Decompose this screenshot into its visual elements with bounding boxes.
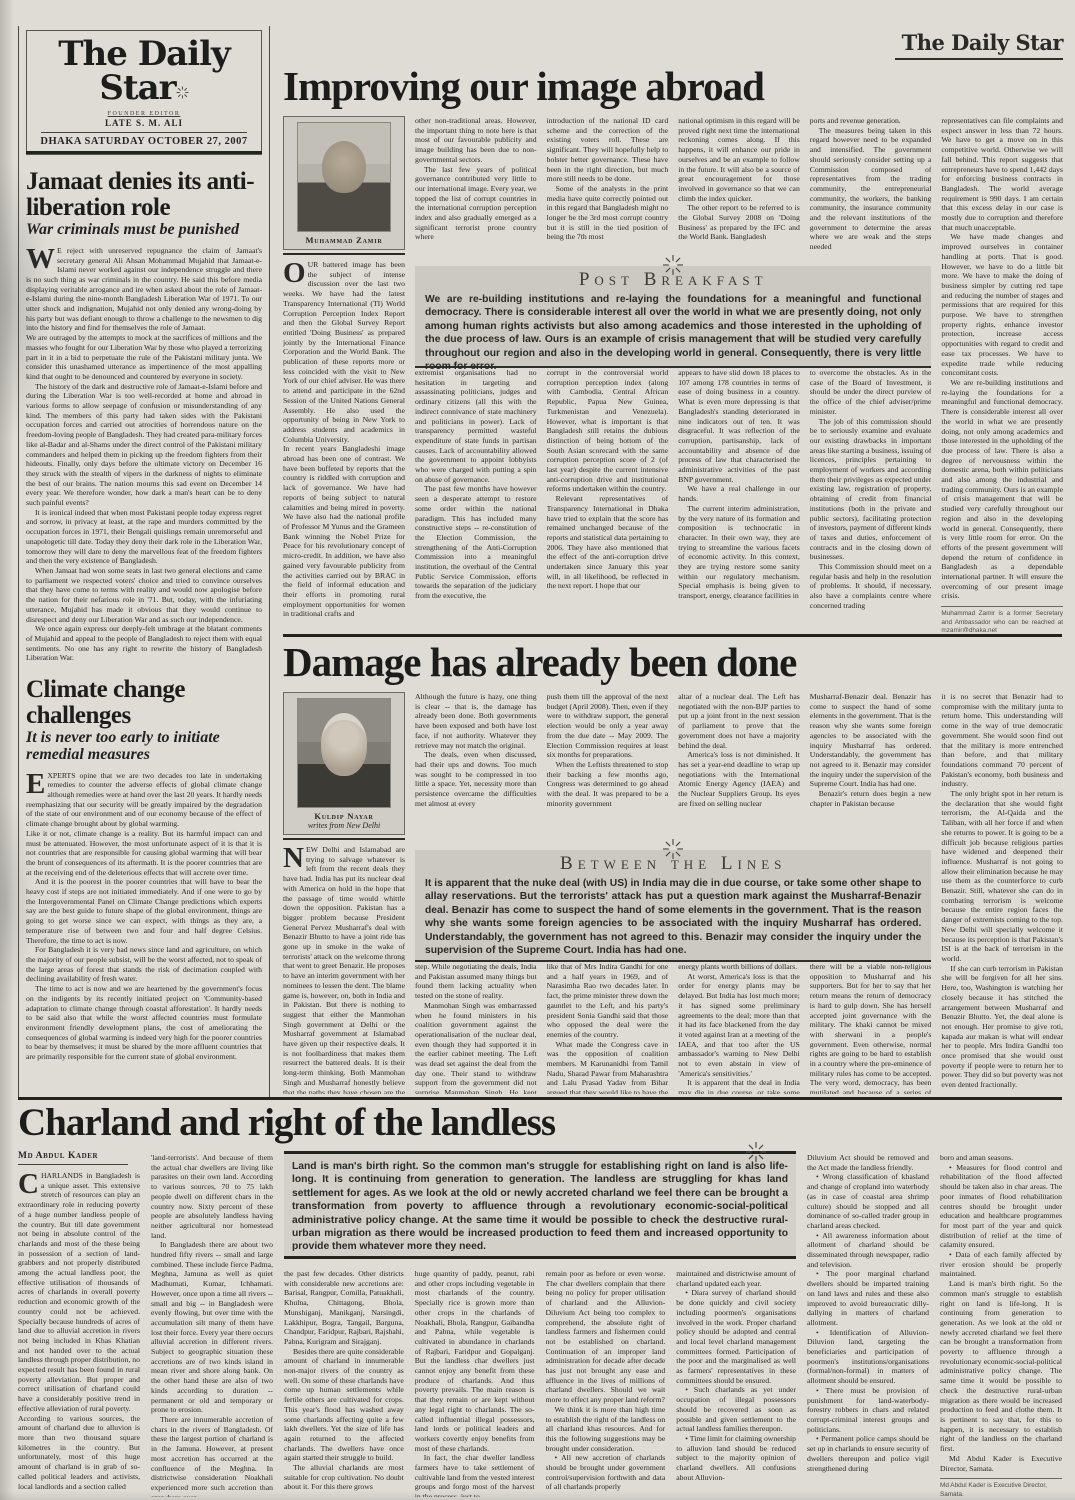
paragraph: This Commission should meet on a regular…: [810, 562, 932, 611]
paragraph: The current interim administration, by t…: [678, 504, 800, 601]
paragraph: appears to have slid down 18 places to 1…: [678, 368, 800, 484]
paragraph: • All awareness information about allotm…: [807, 1231, 929, 1270]
column-text: the past few decades. Other districts wi…: [284, 1259, 404, 1497]
column-text: push them till the approval of the next …: [547, 692, 669, 850]
sunburst-icon: [176, 71, 189, 105]
between-lines-text: It is apparent that the nuke deal (with …: [425, 877, 921, 957]
photo-caption: Muhammad Zamir: [289, 232, 399, 247]
author-footer: Muhammad Zamir is a former Secretary and…: [941, 606, 1063, 632]
paragraph: • Wrong classification of khasland and c…: [807, 1172, 929, 1230]
paragraph: Benazir's return does begin a new chapte…: [810, 789, 932, 808]
paragraph: The only bright spot in her return is th…: [941, 789, 1063, 964]
drop-cap: C: [18, 1171, 41, 1196]
masthead: The Daily Star FOUNDER EDITOR LATE S. M.…: [26, 30, 262, 155]
damage-col1: Kuldip Nayar writes from New Delhi NEW D…: [283, 692, 405, 1094]
founder-name: LATE S. M. ALI: [31, 118, 257, 128]
paragraph: ports and revenue generation.: [810, 116, 932, 126]
column-text: maintained and districtwise amount of ch…: [676, 1259, 796, 1497]
paragraph: Some of the analysts in the print media …: [547, 184, 669, 242]
drop-cap: O: [283, 260, 308, 285]
column-text: Although the future is hazy, one thing i…: [415, 692, 537, 850]
paragraph: altar of a nuclear deal. The Left has ne…: [678, 692, 800, 750]
paragraph: We once again express our deeply-felt um…: [26, 624, 262, 663]
jamaat-body: WE reject with unreserved repugnance the…: [26, 246, 262, 663]
paragraph: For Bangladesh it is very bad news since…: [26, 945, 262, 984]
column-text: boro and aman seasons.• Measures for flo…: [940, 1153, 1062, 1473]
column-text: extremist organisations had no hesitatio…: [415, 368, 537, 632]
post-breakfast-text: We are re-building institutions and re-l…: [425, 293, 921, 373]
founder-label: FOUNDER EDITOR: [31, 111, 257, 117]
paragraph: the past few decades. Other districts wi…: [284, 1269, 404, 1347]
sunburst-icon: [663, 255, 683, 280]
paragraph: When the Leftists threatened to stop the…: [547, 760, 669, 809]
column-text: corrupt in the controversial world corru…: [547, 368, 669, 632]
article-damage-done: Damage has already been done Kuldip Naya…: [283, 642, 1063, 1094]
paragraph: The alluvial charlands are most suitable…: [284, 1463, 404, 1492]
jamaat-headline: Jamaat denies its anti-liberation role: [26, 169, 262, 220]
charland-col8: boro and aman seasons.• Measures for flo…: [940, 1151, 1062, 1497]
paragraph: And it is the poorest in the poorer coun…: [26, 877, 262, 945]
paragraph: • Data of each family affected by river …: [940, 1250, 1062, 1279]
left-rail: The Daily Star FOUNDER EDITOR LATE S. M.…: [18, 26, 270, 1098]
paragraph: In recent years Bangladeshi image abroad…: [283, 444, 405, 619]
paragraph: • All new accretion of charlands should …: [546, 1453, 666, 1492]
paragraph: to overcome the obstacles. As in the cas…: [810, 368, 932, 417]
column-text: national optimism in this regard will be…: [678, 116, 800, 266]
column-text: In recent years Bangladeshi image abroad…: [283, 444, 405, 619]
paragraph: • Such charlands as yet under occupation…: [676, 1385, 796, 1434]
paragraph: introduction of the national ID card sch…: [547, 116, 669, 184]
lead-paragraph: EW Delhi and Islamabad are trying to sal…: [283, 845, 405, 1094]
paragraph: • There must be provision of punishment …: [807, 1386, 929, 1435]
paragraph: Like it or not, climate change is a real…: [26, 829, 262, 878]
column-text: it is no secret that Benazir had to comp…: [941, 692, 1063, 1094]
paragraph: The measures being taken in this regard …: [810, 126, 932, 252]
paragraph: huge quantity of paddy, peanut, rabi and…: [415, 1269, 535, 1453]
column-text: like that of Mrs Indira Gandhi for one a…: [547, 962, 669, 1094]
paragraph: According to various sources, the amount…: [18, 1414, 140, 1492]
masthead-title: The Daily Star: [31, 37, 257, 105]
photo-rule: [283, 838, 405, 840]
lead-paragraph: XPERTS opine that we are two decades too…: [26, 771, 262, 829]
jamaat-subhead: War criminals must be punished: [26, 222, 262, 239]
paragraph: The past few months have however seen a …: [415, 484, 537, 600]
paragraph: • Time limit for claiming ownership to a…: [676, 1434, 796, 1483]
column-text: representatives can file complaints and …: [941, 116, 1063, 632]
paragraph: like that of Mrs Indira Gandhi for one a…: [547, 962, 669, 1040]
author-footer: Md Abdul Kader is Executive Director, Sa…: [940, 1478, 1062, 1497]
paragraph: We have a real challenge in our hands.: [678, 484, 800, 503]
paragraph: there will be a viable non-religious opp…: [810, 962, 932, 1094]
paragraph: Md Abdul Kader is Executive Director, Sa…: [940, 1454, 1062, 1473]
charland-intro-box: Land is man's birth right. So the common…: [284, 1151, 796, 1259]
paragraph: • Measures for flood control and rehabil…: [940, 1163, 1062, 1250]
paragraph: Diluvium Act should be removed and the A…: [807, 1153, 929, 1172]
drop-cap: W: [26, 246, 57, 271]
column-text: to overcome the obstacles. As in the cas…: [810, 368, 932, 632]
climate-headline: Climate change challenges: [26, 677, 262, 728]
paragraph: • Identification of Alluvion-Diluvion la…: [807, 1328, 929, 1386]
paragraph: other non-traditional areas. However, th…: [415, 116, 537, 165]
paragraph: remain poor as before or even worse. The…: [546, 1269, 666, 1405]
article-improving-image: Improving our image abroad Muhammad Zami…: [283, 66, 1063, 632]
paragraph: energy plants worth billions of dollars.: [678, 962, 800, 972]
column-text: appears to have slid down 18 places to 1…: [678, 368, 800, 632]
author-photo: [297, 122, 391, 232]
editorial-jamaat: Jamaat denies its anti-liberation role W…: [26, 169, 262, 663]
climate-paragraphs: Like it or not, climate change is a real…: [26, 829, 262, 1062]
charland-headline: Charland and right of the landless: [18, 1103, 1062, 1142]
paragraph: Manmohan Singh was embarrassed when he f…: [415, 1001, 537, 1094]
paragraph: America's loss is not diminished. It has…: [678, 750, 800, 808]
paragraph: Although the future is hazy, one thing i…: [415, 692, 537, 750]
lead-paragraph: E reject with unreserved repugnance the …: [26, 246, 262, 333]
article-charland: Charland and right of the landless Md Ab…: [18, 1103, 1062, 1497]
sunburst-icon: [746, 1142, 766, 1167]
between-lines-box: Between the Lines It is apparent that th…: [415, 850, 931, 962]
top-article-col1: Muhammad Zamir OUR battered image has be…: [283, 116, 405, 632]
masthead-heavy-rule: [26, 151, 262, 154]
column-text: Diluvium Act should be removed and the A…: [807, 1151, 929, 1497]
column-text: other non-traditional areas. However, th…: [415, 116, 537, 266]
paragraph: • Permanent police camps should be set u…: [807, 1434, 929, 1473]
section-divider: [283, 634, 1062, 637]
paragraph: boro and aman seasons.: [940, 1153, 1062, 1163]
paragraph: We think it is more than high time to es…: [546, 1405, 666, 1454]
paragraph: it is no secret that Benazir had to comp…: [941, 692, 1063, 789]
paragraph: national optimism in this regard will be…: [678, 116, 800, 203]
sunburst-icon: [663, 839, 683, 864]
paragraph: 'land-terrorists'. And because of them t…: [151, 1153, 273, 1240]
paragraph: The last few years of political governan…: [415, 165, 537, 243]
paragraph: There are innumerable accretion of chars…: [151, 1415, 273, 1497]
damage-headline: Damage has already been done: [283, 642, 1063, 683]
paragraph: • Diara survey of charland should be don…: [676, 1288, 796, 1385]
jamaat-paragraphs: We are outraged by the attempts to mock …: [26, 333, 262, 663]
climate-body: EXPERTS opine that we are two decades to…: [26, 771, 262, 1062]
paragraph: maintained and districtwise amount of ch…: [676, 1269, 796, 1288]
paragraph: The deals, even when discussed, had thei…: [415, 750, 537, 808]
paragraph: In Bangladesh there are about two hundre…: [151, 1240, 273, 1415]
climate-subhead: It is never too early to initiate remedi…: [26, 730, 262, 764]
column-text: huge quantity of paddy, peanut, rabi and…: [415, 1259, 535, 1497]
author-photo-frame: Muhammad Zamir: [283, 116, 405, 250]
paragraph: We are outraged by the attempts to mock …: [26, 333, 262, 382]
photo-subcaption: writes from New Delhi: [289, 821, 399, 832]
paragraph: When Jamaat had won some seats in last t…: [26, 566, 262, 624]
drop-cap: E: [26, 771, 47, 796]
column-text: ports and revenue generation.The measure…: [810, 116, 932, 266]
paragraph: Relevant representatives of Transparency…: [547, 494, 669, 591]
paragraph: In fact, the char dweller landless farme…: [415, 1453, 535, 1497]
drop-cap: N: [283, 845, 306, 870]
dateline: DHAKA SATURDAY OCTOBER 27, 2007: [31, 133, 257, 151]
column-text: 'land-terrorists'. And because of them t…: [151, 1151, 273, 1497]
column-text: introduction of the national ID card sch…: [547, 116, 669, 266]
masthead-right-rule: [895, 58, 1063, 60]
newspaper-page: The Daily Star FOUNDER EDITOR LATE S. M.…: [0, 0, 1075, 1500]
byline: Md Abdul Kader: [18, 1151, 128, 1165]
paragraph: The time to act is now and we are hearte…: [26, 984, 262, 1062]
column-text: Musharraf-Benazir deal. Benazir has come…: [810, 692, 932, 850]
paragraph: The job of this commission should be to …: [810, 417, 932, 563]
paragraph: What made the Congress cave in was the o…: [547, 1040, 669, 1094]
column-text: step. While negotiating the deals, India…: [415, 962, 537, 1094]
paragraph: It is ironical indeed that when most Pak…: [26, 508, 262, 566]
paragraph: Besides there are quite considerable amo…: [284, 1347, 404, 1463]
paragraph: step. While negotiating the deals, India…: [415, 962, 537, 1001]
paragraph: We have made changes and improved oursel…: [941, 232, 1063, 378]
post-breakfast-box: Post Breakfast We are re-building instit…: [415, 266, 931, 368]
masthead-right: The Daily Star: [895, 30, 1063, 60]
photo-rule: [283, 253, 405, 255]
top-article-headline: Improving our image abroad: [283, 66, 1063, 107]
author-photo-frame: Kuldip Nayar writes from New Delhi: [283, 692, 405, 835]
paragraph: If she can curb terrorism in Pakistan sh…: [941, 964, 1063, 1090]
paragraph: Musharraf-Benazir deal. Benazir has come…: [810, 692, 932, 789]
paragraph: • The poor marginal charland dwellers sh…: [807, 1269, 929, 1327]
editorial-climate: Climate change challenges It is never to…: [26, 677, 262, 1062]
author-photo: [297, 698, 391, 808]
column-text: According to various sources, the amount…: [18, 1414, 140, 1492]
paragraph: push them till the approval of the next …: [547, 692, 669, 760]
column-text: energy plants worth billions of dollars.…: [678, 962, 800, 1094]
paragraph: Land is man's birth right. So the common…: [940, 1279, 1062, 1454]
paragraph: The other report to be referred to is th…: [678, 203, 800, 242]
charland-col1: Md Abdul Kader CHARLANDS in Bangladesh i…: [18, 1151, 140, 1497]
masthead-right-title: The Daily Star: [895, 30, 1063, 55]
paragraph: We are re-building institutions and re-l…: [941, 378, 1063, 601]
paragraph: It is apparent that the deal in India ma…: [678, 1078, 800, 1094]
column-text: altar of a nuclear deal. The Left has ne…: [678, 692, 800, 850]
paragraph: corrupt in the controversial world corru…: [547, 368, 669, 494]
paragraph: The history of the dark and destructive …: [26, 382, 262, 508]
charland-intro-text: Land is man's birth right. So the common…: [292, 1160, 788, 1254]
paragraph: representatives can file complaints and …: [941, 116, 1063, 232]
column-text: remain poor as before or even worse. The…: [546, 1259, 666, 1497]
lead-paragraph: HARLANDS in Bangladesh is a unique asset…: [18, 1171, 140, 1413]
paragraph: extremist organisations had no hesitatio…: [415, 368, 537, 484]
column-text: there will be a viable non-religious opp…: [810, 962, 932, 1094]
section-divider: [18, 1097, 1062, 1100]
paragraph: At worst, America's loss is that the ord…: [678, 972, 800, 1079]
